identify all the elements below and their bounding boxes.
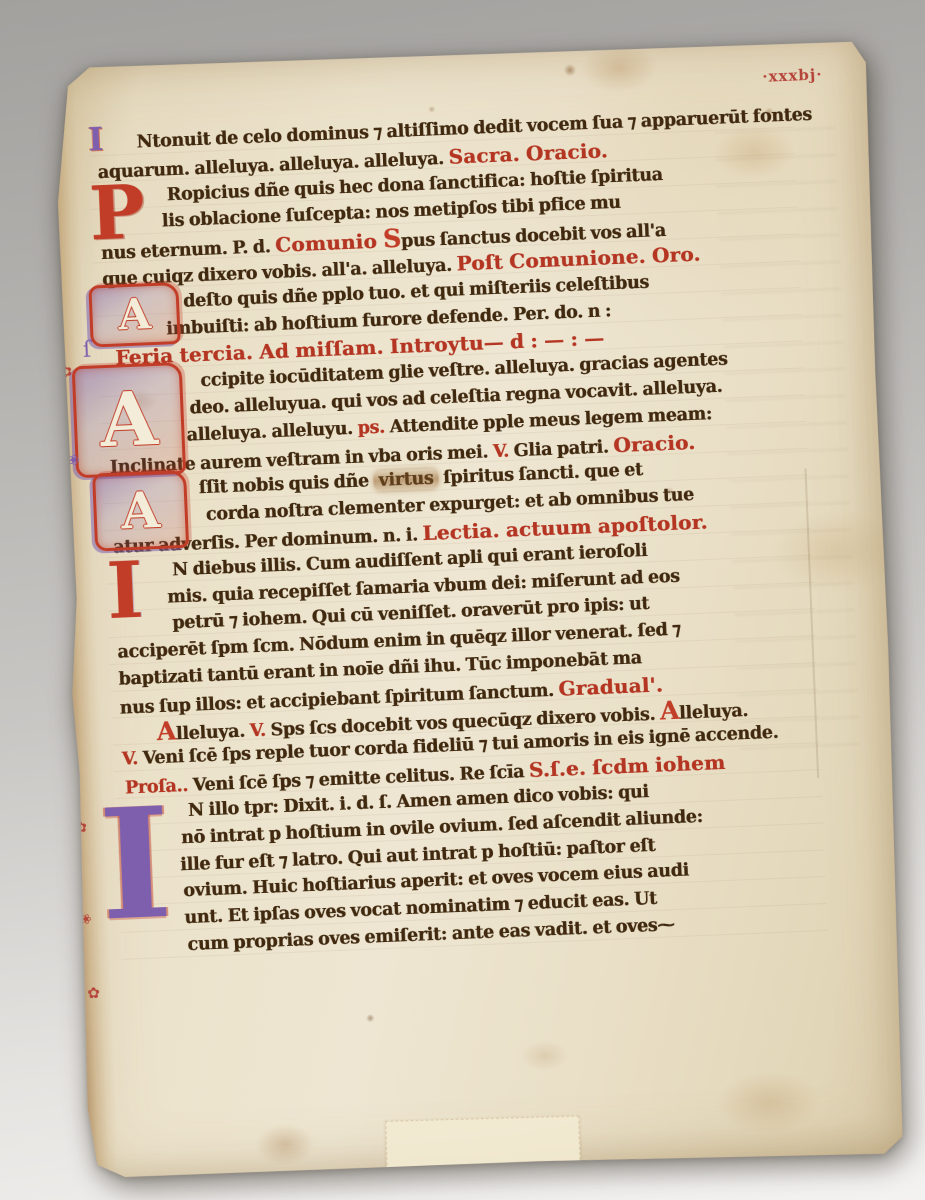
text-segment: virtus <box>373 469 439 492</box>
illuminated-initial: A <box>72 362 186 478</box>
text-segment: V. <box>249 720 271 741</box>
parchment-surface: ·xxxbj· Ntonuit de celo dominus ⁊ altiſſ… <box>43 36 910 1187</box>
pen-flourishes-layer: ✿ſ❀✿❀✿ <box>43 36 864 70</box>
manuscript-leaf: ·xxxbj· Ntonuit de celo dominus ⁊ altiſſ… <box>43 36 910 1187</box>
illuminated-initial: A <box>92 470 189 552</box>
pen-flourish-icon: ✿ <box>87 984 100 1003</box>
illuminated-initial: P <box>88 175 147 251</box>
text-segment: V. <box>492 441 514 462</box>
text-segment: lleluya. <box>679 701 749 724</box>
text-segment: ſſit nobis quis dñe <box>198 472 374 499</box>
text-segment: V. <box>121 749 143 770</box>
text-segment: ps. <box>357 417 390 438</box>
folio-number: ·xxxbj· <box>762 65 823 85</box>
illuminated-initials-layer: IPAAAII <box>43 36 864 70</box>
repair-patch <box>385 1116 581 1181</box>
text-segment: lleluya. <box>175 721 250 744</box>
text-segment: Comunio <box>275 229 384 257</box>
text-segment: Glia patri. <box>513 437 614 461</box>
pen-flourish-icon: ſ <box>82 338 91 363</box>
illuminated-initial: I <box>88 123 104 156</box>
illuminated-initial: I <box>97 787 174 942</box>
text-segment: alleluya. alleluyu. <box>186 419 358 446</box>
text-segment: S <box>382 224 401 254</box>
text-segment: A <box>659 695 679 725</box>
text-segment: Gradual'. <box>558 672 663 700</box>
text-segment: A <box>156 716 176 746</box>
text-segment: Oracio. <box>613 429 696 456</box>
illuminated-initial: A <box>88 282 180 348</box>
text-block: Ntonuit de celo dominus ⁊ altiſſimo dedi… <box>96 102 835 961</box>
text-segment: Sacra. Oracio. <box>448 138 608 169</box>
illuminated-initial: I <box>105 552 145 631</box>
